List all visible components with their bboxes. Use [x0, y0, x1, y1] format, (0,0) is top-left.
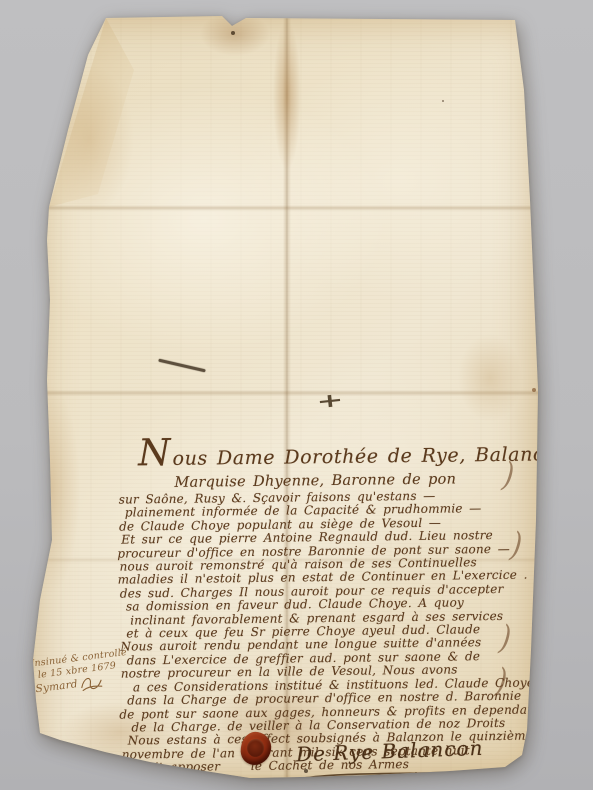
margin-note-clerk-signature: Symard	[35, 679, 78, 696]
notary-paraph-icon	[79, 673, 105, 694]
photo-background: + Nous Dame Dorothée de Rye, Balancon — …	[0, 0, 593, 790]
manuscript-line: Nous Dame Dorothée de Rye, Balancon —	[116, 433, 544, 474]
stain-left-edge	[22, 384, 80, 594]
stain-top-notch	[200, 12, 270, 56]
ink-scribble-mark	[158, 359, 205, 373]
stain-right-edge	[458, 334, 522, 422]
manuscript-text-block: Nous Dame Dorothée de Rye, Balancon — Ma…	[116, 433, 548, 775]
wax-seal-impression	[246, 738, 265, 758]
stain-folded-corner	[44, 64, 134, 214]
ink-specks	[30, 12, 32, 14]
invocation-cross-mark: +	[315, 389, 344, 414]
paper-shadow-wrap: + Nous Dame Dorothée de Rye, Balancon — …	[0, 0, 593, 790]
manuscript-paper: + Nous Dame Dorothée de Rye, Balancon — …	[30, 12, 542, 780]
fold-stain	[273, 20, 301, 170]
